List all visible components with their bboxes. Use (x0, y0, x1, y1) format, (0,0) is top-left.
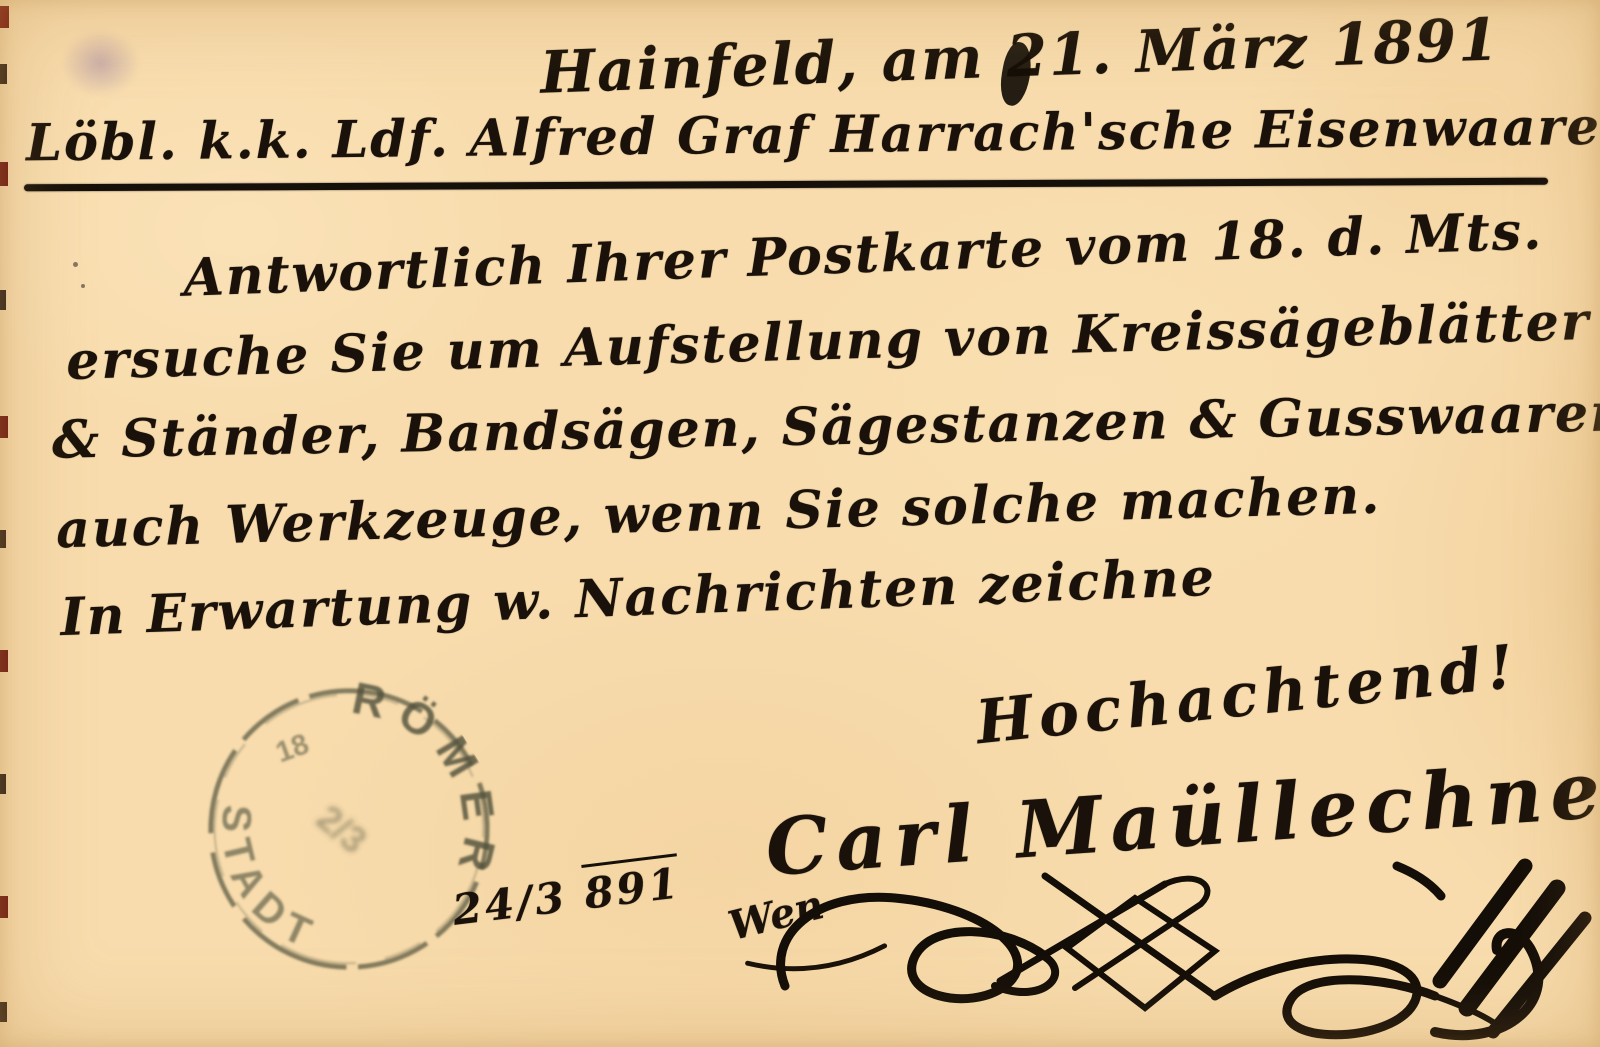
body-line: & Ständer, Bandsägen, Sägestanzen & Guss… (52, 382, 1600, 471)
postmark-town-top: RÖMER (329, 639, 548, 907)
received-year: 891 (581, 853, 684, 918)
scan-edge-artifact (0, 774, 6, 794)
scan-edge-artifact (0, 416, 8, 438)
scan-edge-artifact (0, 1002, 7, 1022)
postmark-stamp: RÖMER STADT 18 2/3 (143, 619, 556, 1038)
underline-rule (24, 178, 1548, 192)
body-line: auch Werkzeuge, wenn Sie solche machen. (55, 465, 1382, 561)
scan-edge-artifact (0, 162, 8, 186)
scan-edge-artifact (0, 64, 7, 84)
scan-edge-artifact (0, 6, 9, 28)
body-line: In Erwartung w. Nachrichten zeichne (59, 547, 1216, 648)
ink-speck (81, 284, 85, 288)
postmark-center-date: 2/3 (309, 797, 375, 861)
signature-flourish (745, 836, 1600, 1046)
ink-smudge (48, 18, 153, 108)
scan-edge-artifact (0, 650, 8, 672)
recipient-line: Löbl. k.k. Ldf. Alfred Graf Harrach'sche… (26, 95, 1600, 174)
scan-edge-artifact (0, 530, 6, 548)
postcard-scan: RÖMER STADT 18 2/3 Hainfeld, am 21. März… (0, 0, 1600, 1047)
body-line: ersuche Sie um Aufstellung von Kreissäge… (65, 291, 1590, 392)
scan-edge-artifact (0, 896, 8, 918)
postmark-town-bottom: STADT (184, 784, 343, 977)
body-line: Antwortlich Ihrer Postkarte vom 18. d. M… (182, 200, 1544, 308)
closing-salutation: Hochachtend! (973, 632, 1523, 759)
scan-edge-artifact (0, 290, 6, 310)
postmark-numeral: 18 (272, 728, 313, 769)
ink-speck (73, 262, 78, 267)
